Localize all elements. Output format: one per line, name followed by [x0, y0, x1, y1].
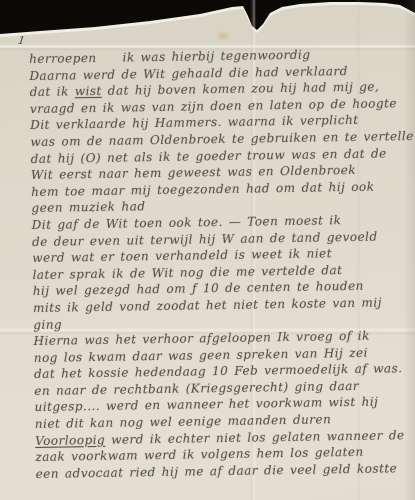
- line-text: ging: [33, 317, 62, 331]
- line-text: dat ik: [30, 84, 75, 99]
- letter-body: herroepenik was hierbij tegenwoordigDaar…: [29, 45, 414, 482]
- underlined-word: wist: [75, 84, 102, 98]
- underlined-word: Voorloopig: [35, 433, 105, 448]
- line-text: geen muziek had: [31, 200, 145, 216]
- line-text: herroepen: [29, 51, 97, 66]
- paper-stain: [215, 30, 231, 42]
- line-text: ik was hierbij tegenwoordig: [122, 48, 310, 65]
- letter-photo: 1 herroepenik was hierbij tegenwoordigDa…: [0, 0, 415, 500]
